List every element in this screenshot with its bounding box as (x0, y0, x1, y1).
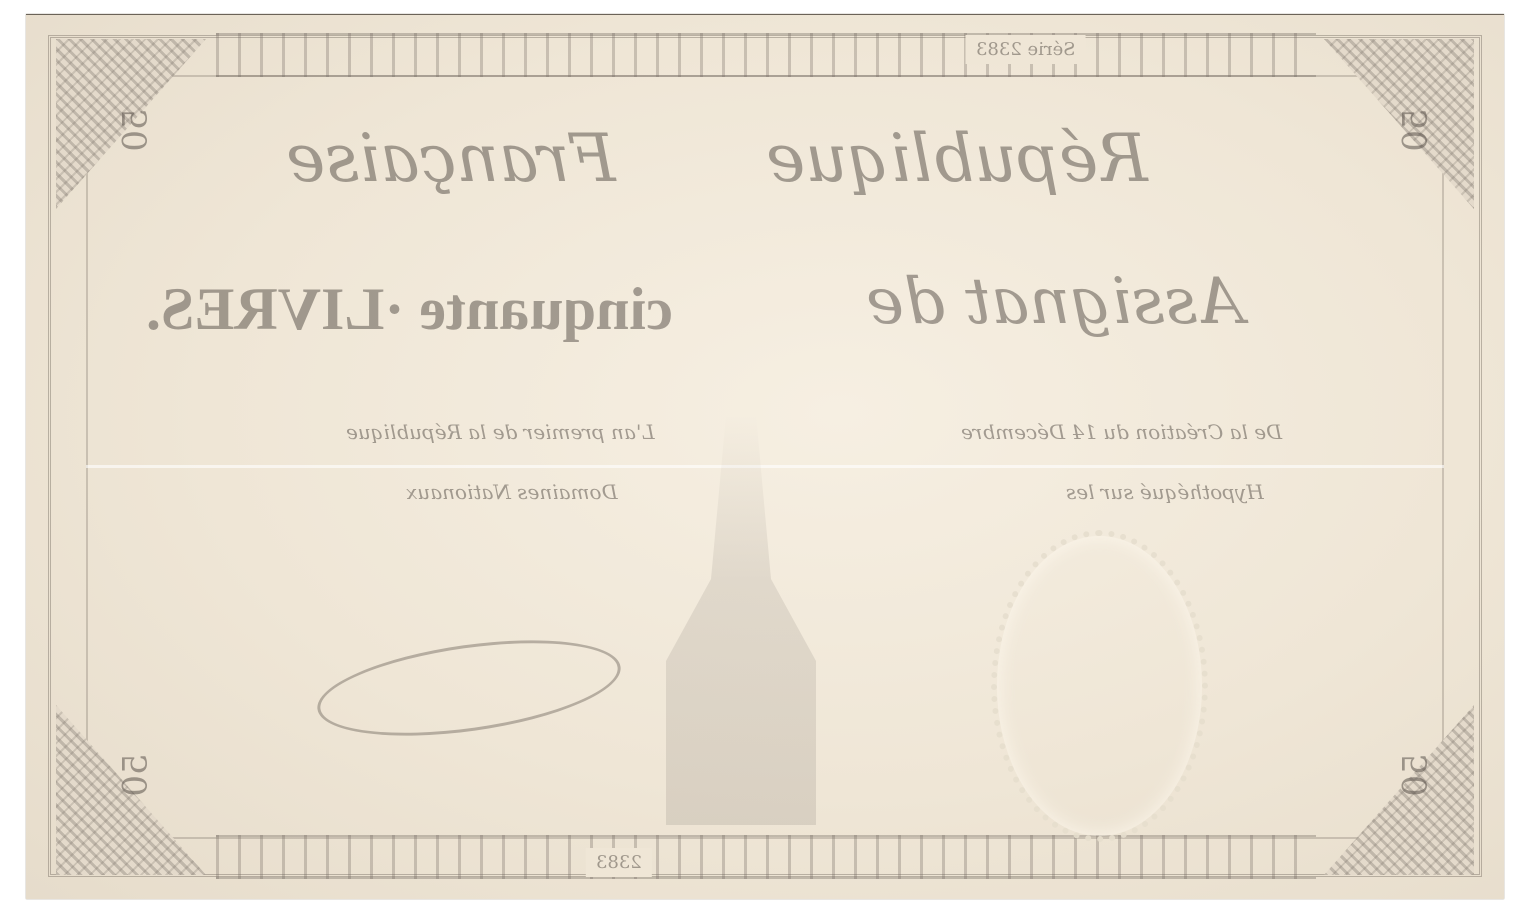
right-block-line1: De la Création du 14 Décembre (961, 420, 1282, 444)
right-block-line2: Hypothéqué sur les (1066, 480, 1264, 504)
heading-cinquante-livres: cinquante ·LIVRES. (146, 275, 673, 344)
serial-bottom: 2383 (586, 848, 652, 877)
fold-crease (86, 465, 1444, 468)
heading-republique: République (766, 120, 1148, 197)
corner-value-top-right: 50 (1396, 108, 1436, 151)
heading-assignat-de: Assignat de (866, 265, 1244, 339)
corner-value-top-left: 50 (116, 108, 156, 151)
corner-value-bottom-right: 50 (1396, 753, 1436, 796)
embossed-seal (991, 530, 1208, 842)
serial-top: Série 2383 (966, 35, 1086, 64)
left-block-line2: Domaines Nationaux (406, 480, 618, 504)
corner-value-bottom-left: 50 (116, 753, 156, 796)
bottom-ornament-band (216, 835, 1316, 879)
top-ornament-band (216, 33, 1316, 77)
left-block-line1: L'an premier de la République (346, 420, 655, 444)
heading-francaise: Française (286, 120, 616, 197)
banknote: 50 50 50 50 Série 2383 2383 Française Ré… (26, 14, 1504, 899)
